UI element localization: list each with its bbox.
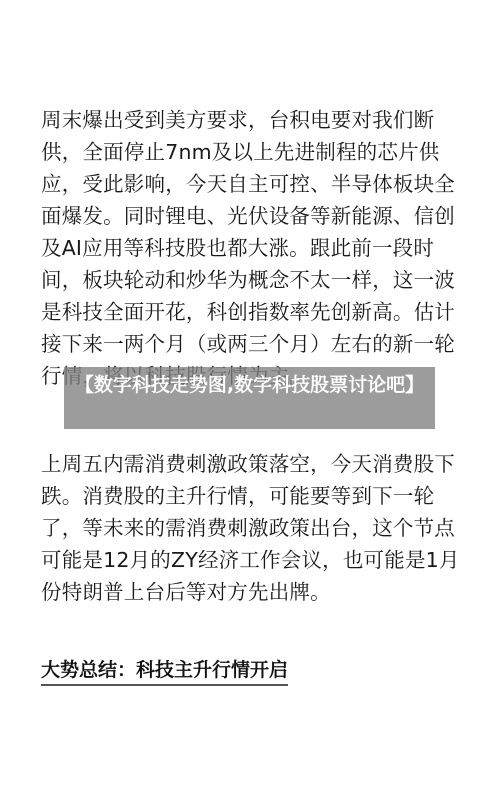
title-overlay-banner: 【数字科技走势图,数字科技股票讨论吧】 <box>64 367 435 429</box>
paragraph-text: 上周五内需消费刺激政策落空，今天消费股下 跌。消费股的主升行情，可能要等到下一轮… <box>41 448 461 608</box>
text-line: 及AI应用等科技股也都大涨。跟此前一段时 <box>41 232 461 264</box>
text-line: 面爆发。同时锂电、光伏设备等新能源、信创 <box>41 200 461 232</box>
summary-heading: 大势总结：科技主升行情开启 <box>41 656 288 686</box>
text-line: 间，板块轮动和炒华为概念不太一样，这一波 <box>41 264 461 296</box>
text-line: 跌。消费股的主升行情，可能要等到下一轮 <box>41 480 461 512</box>
text-line: 是科技全面开花，科创指数率先创新高。估计 <box>41 296 461 328</box>
text-line: 应，受此影响，今天自主可控、半导体板块全 <box>41 168 461 200</box>
text-line: 份特朗普上台后等对方先出牌。 <box>41 576 461 608</box>
paragraph-text: 周末爆出受到美方要求，台积电要对我们断 供，全面停止7nm及以上先进制程的芯片供… <box>41 104 461 392</box>
article-paragraph-1: 周末爆出受到美方要求，台积电要对我们断 供，全面停止7nm及以上先进制程的芯片供… <box>41 104 461 392</box>
article-paragraph-2: 上周五内需消费刺激政策落空，今天消费股下 跌。消费股的主升行情，可能要等到下一轮… <box>41 448 461 608</box>
text-line: 可能是12月的ZY经济工作会议，也可能是1月 <box>41 544 461 576</box>
text-line: 周末爆出受到美方要求，台积电要对我们断 <box>41 104 461 136</box>
text-line: 上周五内需消费刺激政策落空，今天消费股下 <box>41 448 461 480</box>
text-line: 接下来一两个月（或两三个月）左右的新一轮 <box>41 328 461 360</box>
text-line: 了，等未来的需消费刺激政策出台，这个节点 <box>41 512 461 544</box>
text-line: 供，全面停止7nm及以上先进制程的芯片供 <box>41 136 461 168</box>
